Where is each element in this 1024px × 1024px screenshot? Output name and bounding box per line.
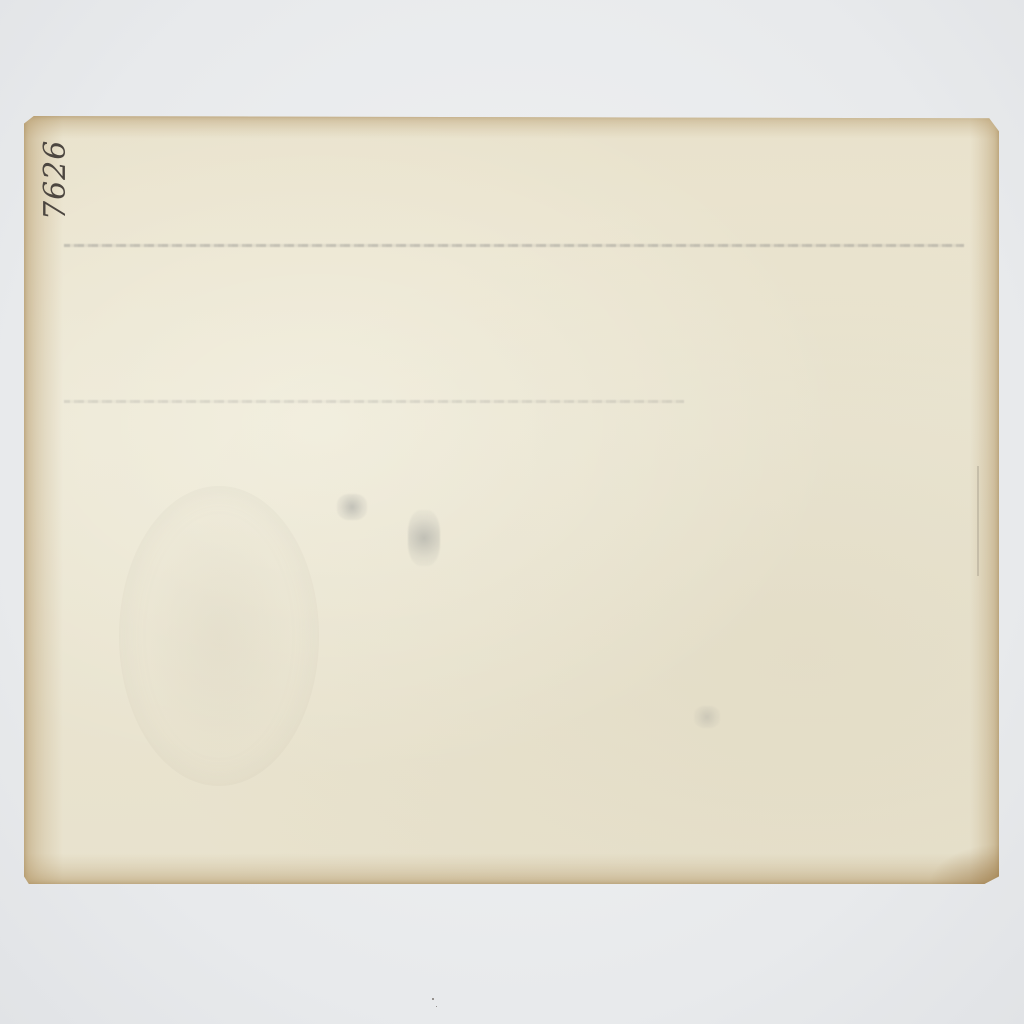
bleed-through-line [64, 244, 964, 247]
speckle-mark [337, 494, 367, 520]
handwritten-number: 7626 [38, 140, 73, 220]
speckle-mark [694, 706, 720, 728]
bleed-through-line-faint [64, 400, 684, 403]
paper-sheet: 7626 [24, 116, 999, 884]
speckle-mark [408, 510, 440, 566]
ghost-oval-imprint [119, 486, 319, 786]
dust-speck [432, 998, 434, 1000]
edge-mark [977, 466, 979, 576]
edge-discoloration [24, 116, 999, 884]
corner-stain [929, 844, 999, 884]
dust-speck [436, 1006, 437, 1007]
